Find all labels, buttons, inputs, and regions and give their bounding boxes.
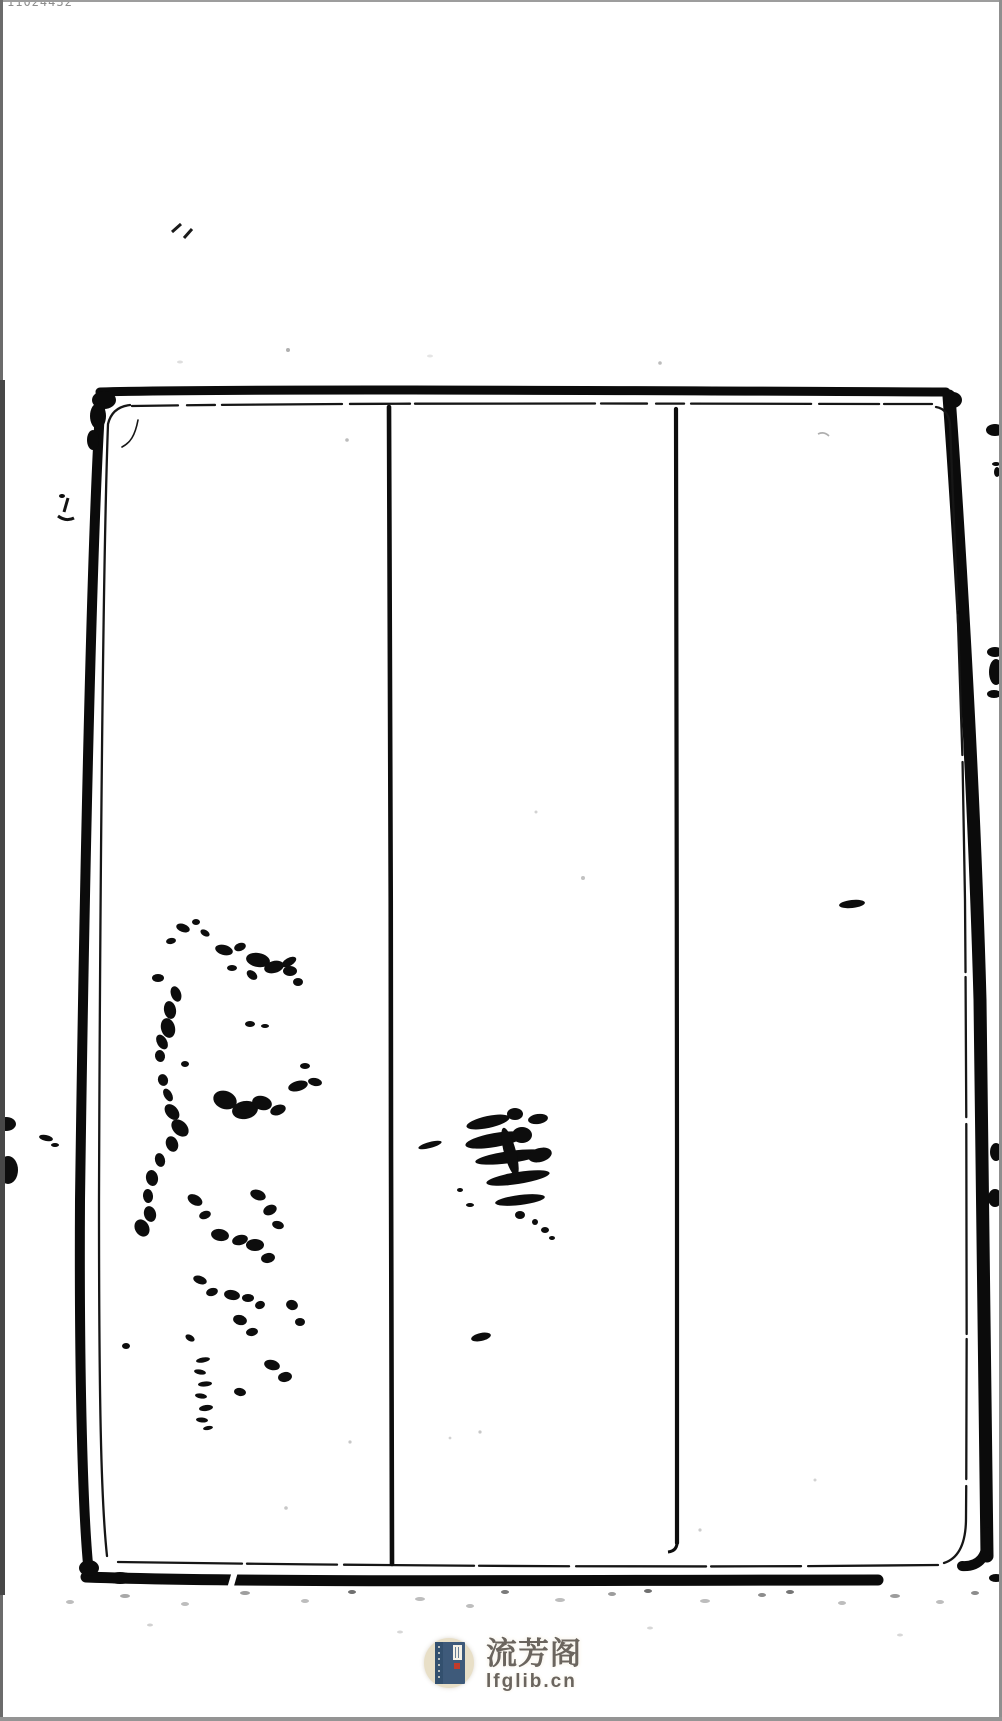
column-divider-1 xyxy=(389,407,392,1564)
book-title-label xyxy=(453,1645,462,1660)
ink-smudge-left-column xyxy=(122,919,323,1431)
dash-mark-right-column xyxy=(839,899,866,910)
scan-speckles xyxy=(284,348,829,1532)
page-frame-graphic xyxy=(0,0,1002,1721)
ink-smudge-middle-column xyxy=(418,1108,555,1240)
squiggle-mark-left-margin xyxy=(58,498,74,520)
stitched-book-icon xyxy=(435,1642,465,1684)
scanned-book-page: 11024432 xyxy=(0,0,1002,1721)
scan-edge-bottom xyxy=(0,1717,1002,1721)
watermark-badge xyxy=(424,1638,474,1688)
inner-frame-line xyxy=(99,404,967,1567)
speckle-band-bottom xyxy=(66,355,979,1637)
border-blobs xyxy=(79,391,1002,1584)
site-watermark: 流芳阁 lfglib.cn xyxy=(424,1638,582,1691)
scan-edge-top xyxy=(0,0,1002,2)
watermark-site-name: 流芳阁 xyxy=(486,1638,582,1671)
dash-mark-middle-column xyxy=(470,1331,491,1343)
watermark-site-url: lfglib.cn xyxy=(486,1672,582,1691)
red-seal-icon xyxy=(454,1663,460,1669)
outer-frame-border xyxy=(80,390,987,1581)
column-divider-2 xyxy=(676,409,677,1543)
pen-slash-mark-top xyxy=(172,224,192,238)
column-divider-2-foot xyxy=(668,1540,677,1552)
scan-edge-left-dark xyxy=(0,380,5,1595)
